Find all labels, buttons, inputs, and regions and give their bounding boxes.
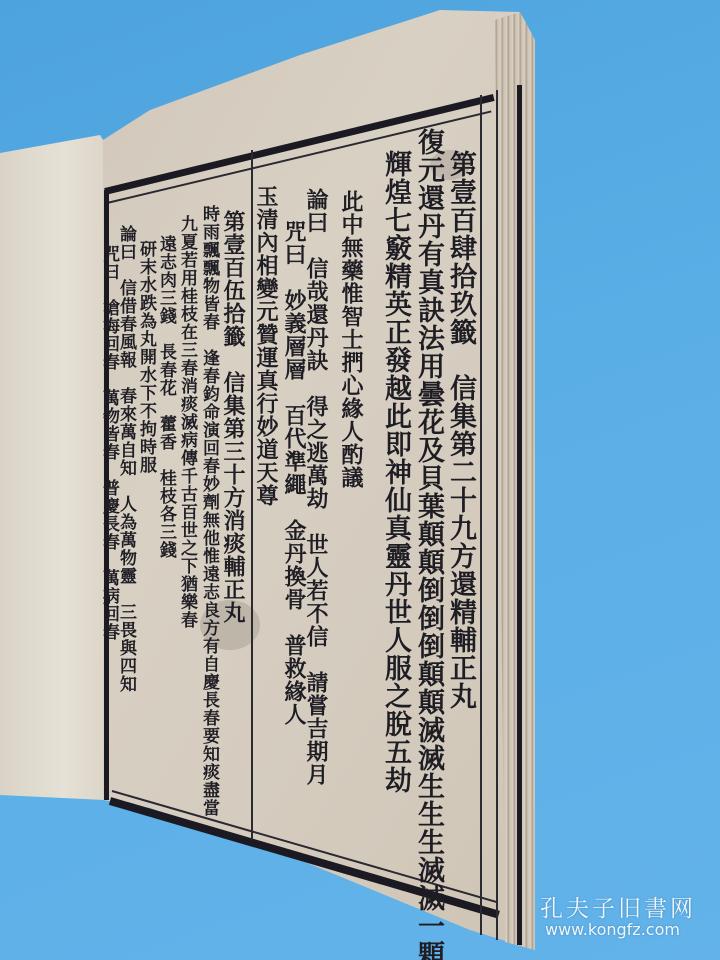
text-column-lun-yue: 論曰 信哉還丹訣 得之逃萬劫 世人若不信 請嘗吉期月 [305,188,327,786]
text-column-zhou-yue: 咒曰 妙義層層 百代準繩 金丹換骨 普救緣人 [283,220,305,726]
text-column: 九夏若用桂枝在三春消痰滅病傳千古百世之下猶樂春 [178,215,195,629]
text-column-title-149: 第壹百肆拾玖籤 信集第二十九方還精輔正丸 [447,150,474,710]
text-column: 時雨飄飄物皆春 逢春鈞命演回春妙劑無他惟遠志良方有自慶長春要知痰盡當 [200,205,217,845]
book-photo: 第壹百肆拾玖籤 信集第二十九方還精輔正丸 復元還丹有真訣法用曇花及貝葉顛顛倒倒倒… [0,0,720,960]
frame-margin-line [496,90,498,940]
text-column: 復元還丹有真訣法用曇花及貝葉顛顛倒倒倒顛顛滅滅生生生滅滅一顆智珠 [415,128,442,908]
text-column-title-150: 第壹百伍拾籤 信集第三十方消痰輔正丸 [222,210,244,624]
watermark-site-name: 孔夫子旧書网 [540,890,696,923]
watermark-url: www.kongfz.com [545,920,680,939]
blank-flyleaf [0,135,105,800]
text-column-lun-yue: 論曰 信借春風報 春來萬自知 人為萬物靈 三畏與四知 [117,225,134,693]
text-column: 此中無藥惟智士捫心緣人酌議 [340,190,362,489]
text-column: 研末水跌為丸開水下不拘時服 [137,240,154,474]
frame-right-line [480,95,482,935]
text-column: 玉清內相變元贊運真行妙道天尊 [255,185,277,507]
text-column-ingredients: 遠志肉三錢 長春花 藿香 桂枝各三錢 [157,235,174,559]
text-column-zhou-yue: 咒曰 滄海回春 萬物皆春 普慶長春 萬病回春 [100,245,117,641]
text-column: 輝煌七竅精英正發越此即神仙真靈丹世人服之脫五劫 [382,150,409,794]
book-edge-border [517,85,522,945]
